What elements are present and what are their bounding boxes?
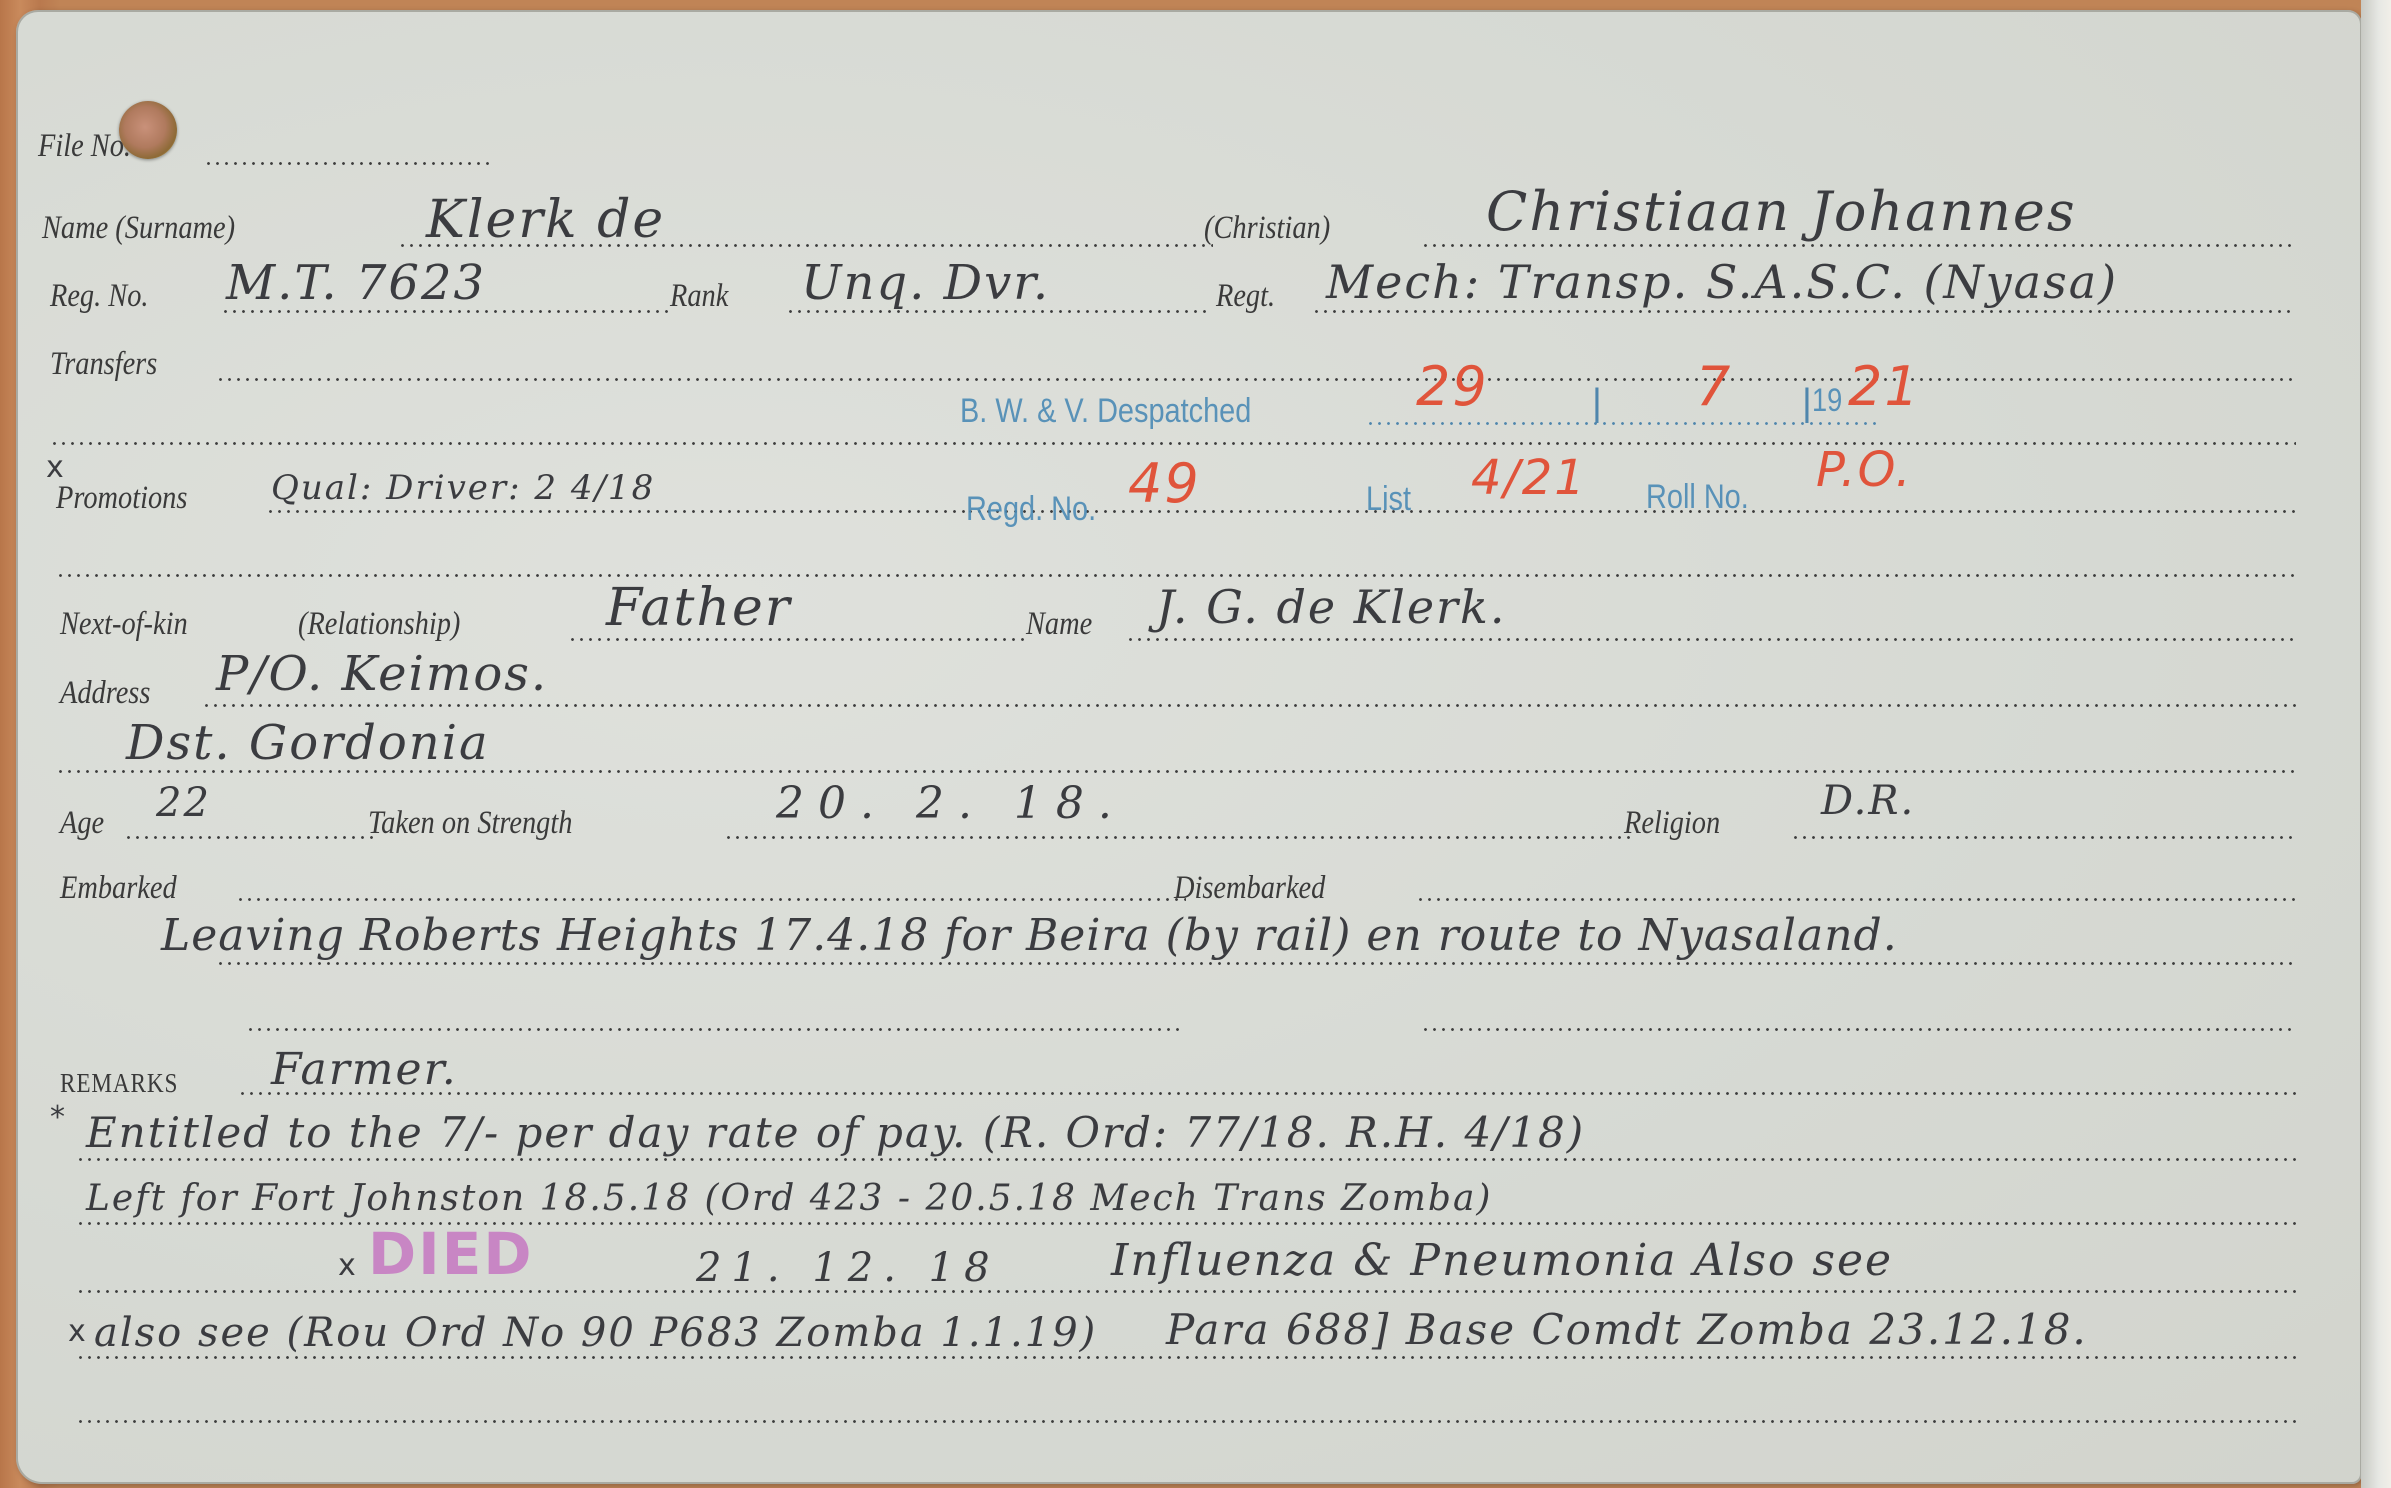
value-address-line1: P/O. Keimos. [216,646,548,702]
dotted-line [216,378,2296,381]
dotted-line [56,770,2296,773]
dotted-line [266,510,966,513]
dotted-line [76,1420,2296,1423]
remark-line-continued: Para 688] Base Comdt Zomba 23.12.18. [1166,1305,2088,1354]
remark-marker: x [338,1248,356,1283]
label-rank: Rank [670,278,728,315]
dotted-line [202,704,2296,707]
value-death-date: 21. 12. 18 [696,1245,1000,1291]
date-separator: | [1802,382,1812,425]
value-embarked-note: Leaving Roberts Heights 17.4.18 for Beir… [161,910,1898,961]
dotted-line [238,1092,2296,1095]
dotted-line [1421,1028,2296,1031]
dotted-line [76,1158,2296,1161]
value-regd-no: 49 [1128,452,1201,515]
value-kin-name: J. G. de Klerk. [1156,580,1507,634]
dotted-line [124,836,379,839]
record-card: File No. Name (Surname) Klerk de (Christ… [16,10,2362,1484]
label-regt: Regt. [1216,278,1275,315]
label-next-of-kin: Next-of-kin [60,606,188,643]
card-stack-edge [2361,0,2391,1488]
dotted-line [204,162,494,165]
dotted-line [216,962,2296,965]
value-age: 22 [156,780,211,826]
dotted-line [568,638,1028,641]
stamp-bwv-despatched-label: B. W. & V. Despatched [960,392,1251,431]
label-embarked: Embarked [60,870,177,907]
remark-marker: * [50,1100,65,1135]
value-christian: Christiaan Johannes [1486,180,2077,243]
label-christian: (Christian) [1204,210,1330,247]
label-name-surname: Name (Surname) [42,210,235,247]
stamp-year-prefix: 19 [1812,382,1842,419]
value-taken-on-strength: 20. 2. 18. [776,778,1126,829]
label-reg-no: Reg. No. [50,278,149,315]
label-file-no: File No. [38,128,131,165]
value-bwv-year: 21 [1848,355,1921,418]
label-transfers: Transfers [50,346,157,383]
dotted-line [50,442,2296,445]
dotted-line [76,1356,2296,1359]
date-separator: | [1592,382,1602,425]
stamp-dotted-line [1366,422,1876,425]
value-promotions: Qual: Driver: 2 4/18 [271,468,655,508]
dotted-line [56,574,2296,577]
label-disembarked: Disembarked [1174,870,1325,907]
value-rank: Unq. Dvr. [801,255,1050,311]
label-promotions: Promotions [56,480,187,517]
value-religion: D.R. [1821,778,1915,824]
remark-marker: x [68,1314,86,1349]
dotted-line [1416,898,2296,901]
dotted-line [76,1290,2296,1293]
remark-line: Left for Fort Johnston 18.5.18 (Ord 423 … [86,1178,1492,1219]
value-relationship: Father [606,578,792,638]
label-address: Address [60,675,150,712]
remark-line: also see (Rou Ord No 90 P683 Zomba 1.1.1… [94,1310,1097,1356]
value-roll-no: P.O. [1816,442,1913,498]
label-age: Age [60,805,104,842]
value-bwv-day: 29 [1416,355,1489,418]
value-reg-no: M.T. 7623 [226,255,486,311]
dotted-line [724,836,1634,839]
label-taken-on-strength: Taken on Strength [368,805,572,842]
value-remarks-occupation: Farmer. [271,1044,458,1095]
died-stamp: DIED [368,1220,534,1288]
dotted-line [246,1028,1181,1031]
label-religion: Religion [1624,805,1720,842]
dotted-line [1421,244,2296,247]
value-list: 4/21 [1471,450,1587,506]
label-relationship: (Relationship) [298,606,460,643]
value-regt: Mech: Transp. S.A.S.C. (Nyasa) [1326,255,2118,309]
remark-line: Entitled to the 7/- per day rate of pay.… [86,1108,1585,1157]
stamp-regd-no-label: Regd. No. [966,490,1096,529]
value-address-line2: Dst. Gordonia [126,715,490,771]
remark-line: Influenza & Pneumonia Also see [1111,1235,1893,1286]
dotted-line [236,898,1186,901]
value-surname: Klerk de [426,190,665,250]
stamp-list-label: List [1366,480,1411,519]
label-kin-name: Name [1026,606,1092,643]
dotted-line [1791,836,2296,839]
label-remarks: REMARKS [60,1068,178,1099]
stamp-roll-no-label: Roll No. [1646,478,1749,517]
dotted-line [1312,310,2296,313]
dotted-line [1126,638,2296,641]
value-bwv-month: 7 [1696,355,1732,418]
